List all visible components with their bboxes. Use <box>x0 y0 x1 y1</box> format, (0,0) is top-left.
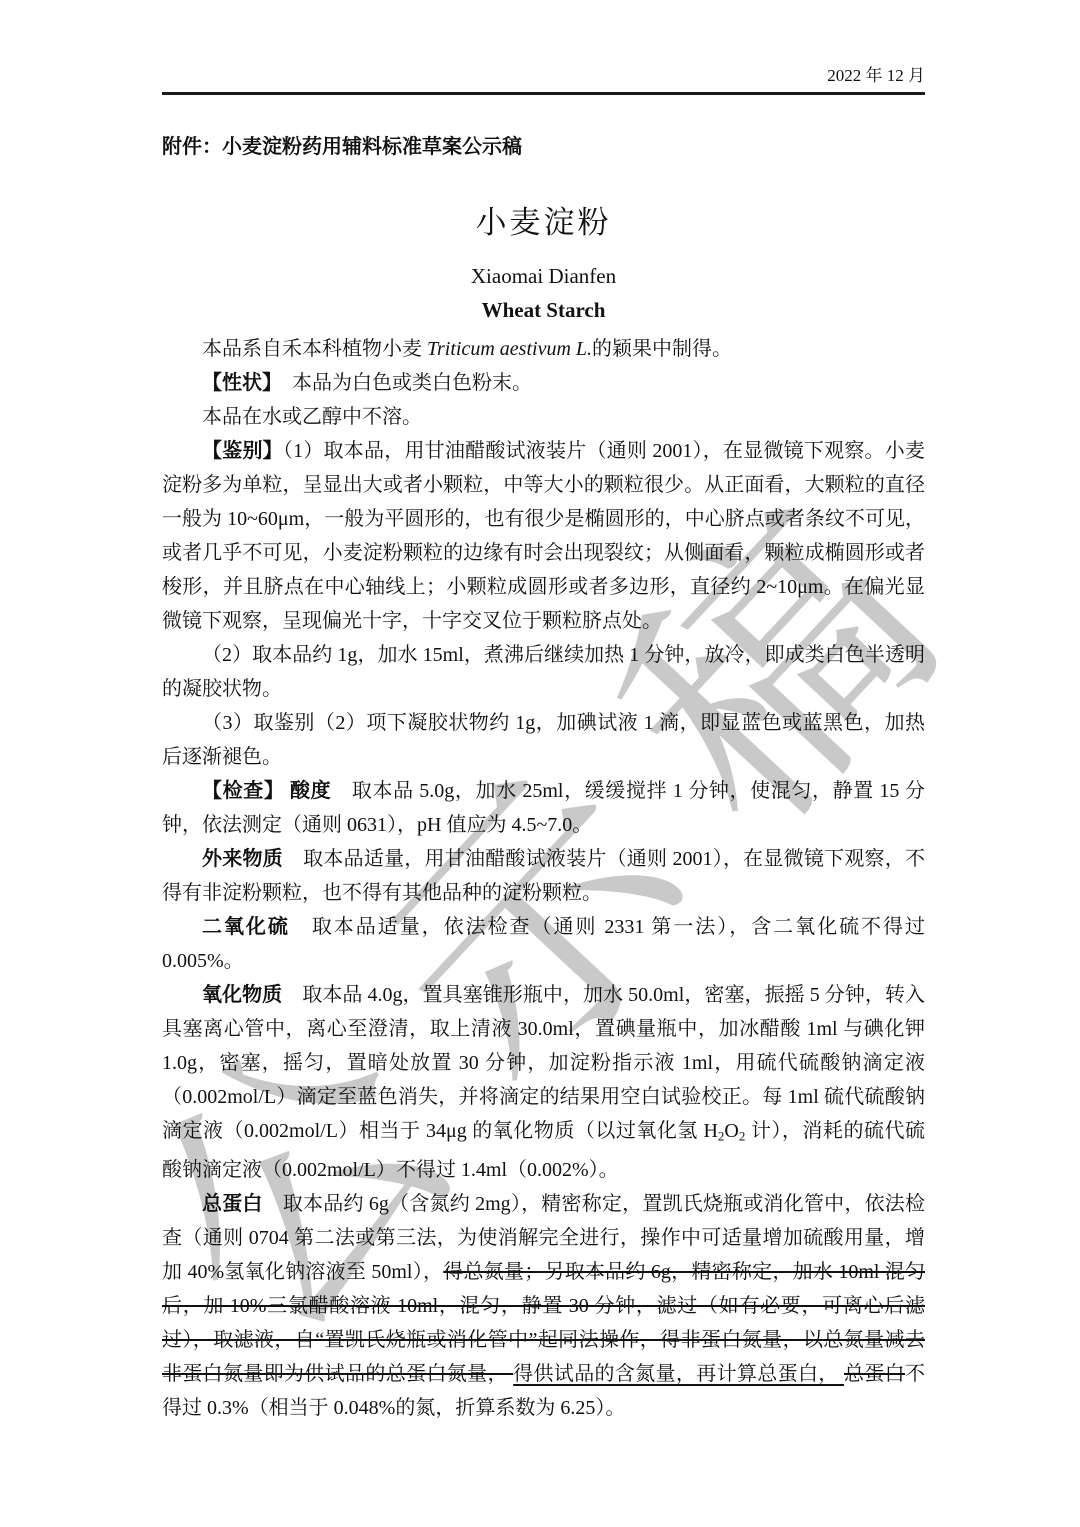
text-segment-strike: 总蛋白 <box>844 1363 905 1385</box>
document-title-en: Wheat Starch <box>162 297 925 323</box>
paragraph-identification-1: 【鉴别】（1）取本品，用甘油醋酸试液装片（通则 2001），在显微镜下观察。小麦… <box>162 434 925 638</box>
document-page: 公示稿 2022 年 12 月 附件：小麦淀粉药用辅料标准草案公示稿 小麦淀粉 … <box>0 0 1080 1527</box>
attachment-heading: 附件：小麦淀粉药用辅料标准草案公示稿 <box>162 133 925 161</box>
paragraph-origin: 本品系自禾本科植物小麦 Triticum aestivum L.的颖果中制得。 <box>162 332 925 366</box>
text-segment-normal: 本品在水或乙醇中不溶。 <box>202 406 422 428</box>
text-segment-bold: 二氧化硫 <box>202 916 290 938</box>
text-segment-bold: 【性状】 <box>202 372 272 394</box>
paragraph-identification-2: （2）取本品约 1g，加水 15ml，煮沸后继续加热 1 分钟，放冷，即成类白色… <box>162 638 925 706</box>
paragraph-character: 【性状】 本品为白色或类白色粉末。 <box>162 366 925 400</box>
header-date: 2022 年 12 月 <box>162 0 925 88</box>
document-title-cn: 小麦淀粉 <box>162 203 925 243</box>
document-body: 本品系自禾本科植物小麦 Triticum aestivum L.的颖果中制得。【… <box>162 332 925 1425</box>
text-segment-bold: 外来物质 <box>202 848 283 870</box>
text-segment-bold: 【鉴别】 <box>202 440 283 462</box>
text-segment-normal: 的颖果中制得。 <box>592 338 732 360</box>
paragraph-identification-3: （3）取鉴别（2）项下凝胶状物约 1g，加碘试液 1 滴，即显蓝色或蓝黑色，加热… <box>162 706 925 774</box>
text-segment-normal: 本品为白色或类白色粉末。 <box>272 372 532 394</box>
text-segment-normal: O <box>724 1120 738 1142</box>
document-title-pinyin: Xiaomai Dianfen <box>162 263 925 289</box>
text-segment-bold: 总蛋白 <box>202 1193 263 1215</box>
text-segment-normal: 取本品 4.0g，置具塞锥形瓶中，加水 50.0ml，密塞，振摇 5 分钟，转入… <box>162 984 925 1142</box>
text-segment-normal: （1）取本品，用甘油醋酸试液装片（通则 2001），在显微镜下观察。小麦淀粉多为… <box>162 440 925 632</box>
header-rule <box>162 92 925 95</box>
text-segment-underline: 得供试品的含氮量，再计算总蛋白， <box>513 1363 844 1385</box>
text-segment-bold: 氧化物质 <box>202 984 282 1006</box>
paragraph-total-protein: 总蛋白 取本品约 6g（含氮约 2mg），精密称定，置凯氏烧瓶或消化管中，依法检… <box>162 1187 925 1425</box>
paragraph-acidity: 【检查】 酸度 取本品 5.0g，加水 25ml，缓缓搅拌 1 分钟，使混匀，静… <box>162 774 925 842</box>
paragraph-oxidizing-substances: 氧化物质 取本品 4.0g，置具塞锥形瓶中，加水 50.0ml，密塞，振摇 5 … <box>162 978 925 1187</box>
paragraph-foreign-matter: 外来物质 取本品适量，用甘油醋酸试液装片（通则 2001），在显微镜下观察，不得… <box>162 842 925 910</box>
document-content: 2022 年 12 月 附件：小麦淀粉药用辅料标准草案公示稿 小麦淀粉 Xiao… <box>162 0 925 1425</box>
paragraph-solubility: 本品在水或乙醇中不溶。 <box>162 400 925 434</box>
text-segment-normal: （3）取鉴别（2）项下凝胶状物约 1g，加碘试液 1 滴，即显蓝色或蓝黑色，加热… <box>162 712 925 768</box>
paragraph-sulfur-dioxide: 二氧化硫 取本品适量，依法检查（通则 2331 第一法），含二氧化硫不得过 0.… <box>162 910 925 978</box>
text-segment-normal: 本品系自禾本科植物小麦 <box>202 338 427 360</box>
text-segment-normal: （2）取本品约 1g，加水 15ml，煮沸后继续加热 1 分钟，放冷，即成类白色… <box>162 644 925 700</box>
text-segment-bold: 【检查】 酸度 <box>202 780 331 802</box>
text-segment-italic: Triticum aestivum L. <box>427 338 592 360</box>
